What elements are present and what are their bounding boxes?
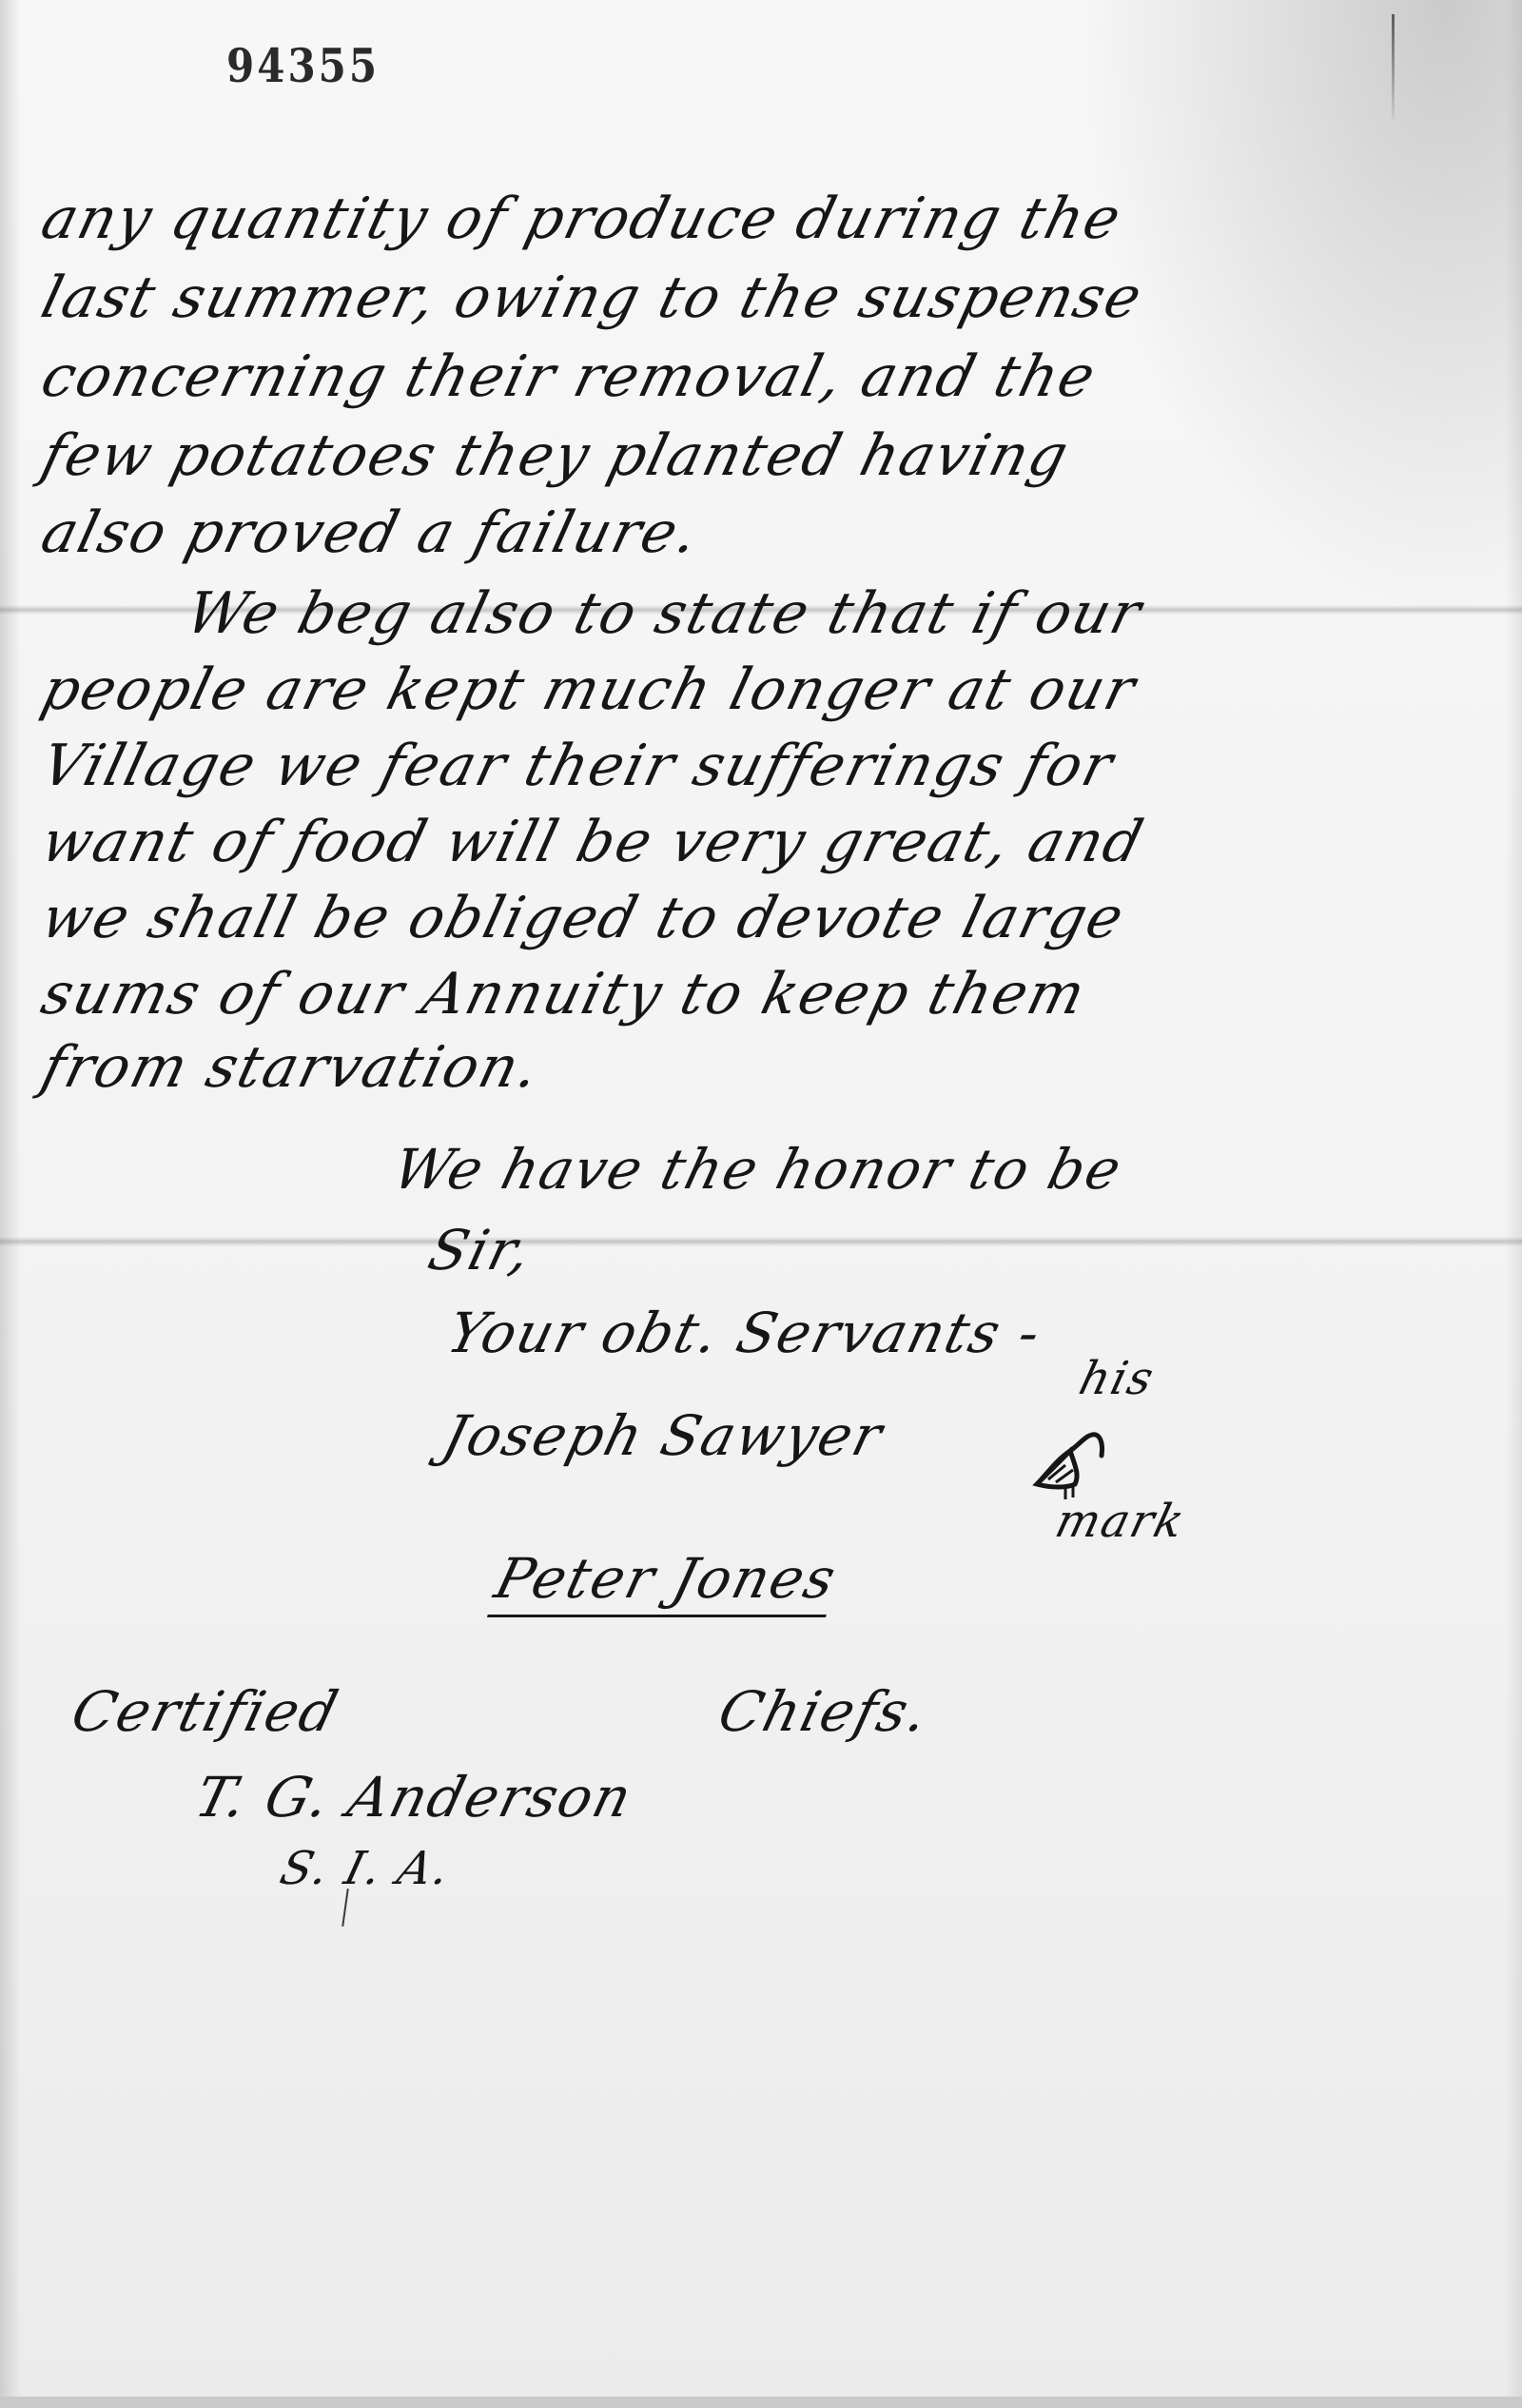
closing-line: We have the honor to be <box>388 1142 1128 1197</box>
certifier-signature: T. G. Anderson <box>190 1770 638 1825</box>
archive-stamp-number: 94355 <box>226 39 380 92</box>
signature-joseph-sawyer: Joseph Sawyer <box>438 1408 888 1463</box>
body-line: also proved a failure. <box>36 504 705 561</box>
mark-label: mark <box>1051 1498 1190 1544</box>
body-line: concerning their removal, and the <box>36 348 1102 405</box>
body-line: people are kept much longer at our <box>36 661 1142 718</box>
body-line: we shall be obliged to devote large <box>36 890 1130 947</box>
closing-line: Your obt. Servants - <box>442 1305 1047 1361</box>
signature-peter-jones: Peter Jones <box>490 1551 843 1606</box>
body-line: few potatoes they planted having <box>36 427 1075 484</box>
body-line: want of food will be very great, and <box>36 813 1150 871</box>
paper-edge-mark <box>1392 14 1395 119</box>
document-page: 94355 any quantity of produce during the… <box>0 0 1522 2408</box>
body-line: any quantity of produce during the <box>36 190 1127 247</box>
signature-peter-jones-text: Peter Jones <box>487 1546 844 1617</box>
scan-bottom-edge <box>0 2397 1522 2408</box>
body-line: sums of our Annuity to keep them <box>36 966 1092 1023</box>
body-line: Village we fear their sufferings for <box>36 737 1120 794</box>
body-line: We beg also to state that if our <box>181 585 1148 642</box>
fold-line-lower <box>0 1237 1522 1246</box>
certified-label: Certified <box>67 1684 344 1739</box>
signers-title: Chiefs. <box>713 1684 935 1739</box>
body-line: last summer, owing to the suspense <box>36 269 1148 326</box>
certifier-title: S. I. A. <box>276 1846 456 1891</box>
bird-mark-icon <box>1027 1418 1113 1503</box>
his-label: his <box>1075 1356 1160 1401</box>
salutation: Sir, <box>423 1223 538 1278</box>
body-line: from starvation. <box>36 1039 546 1096</box>
